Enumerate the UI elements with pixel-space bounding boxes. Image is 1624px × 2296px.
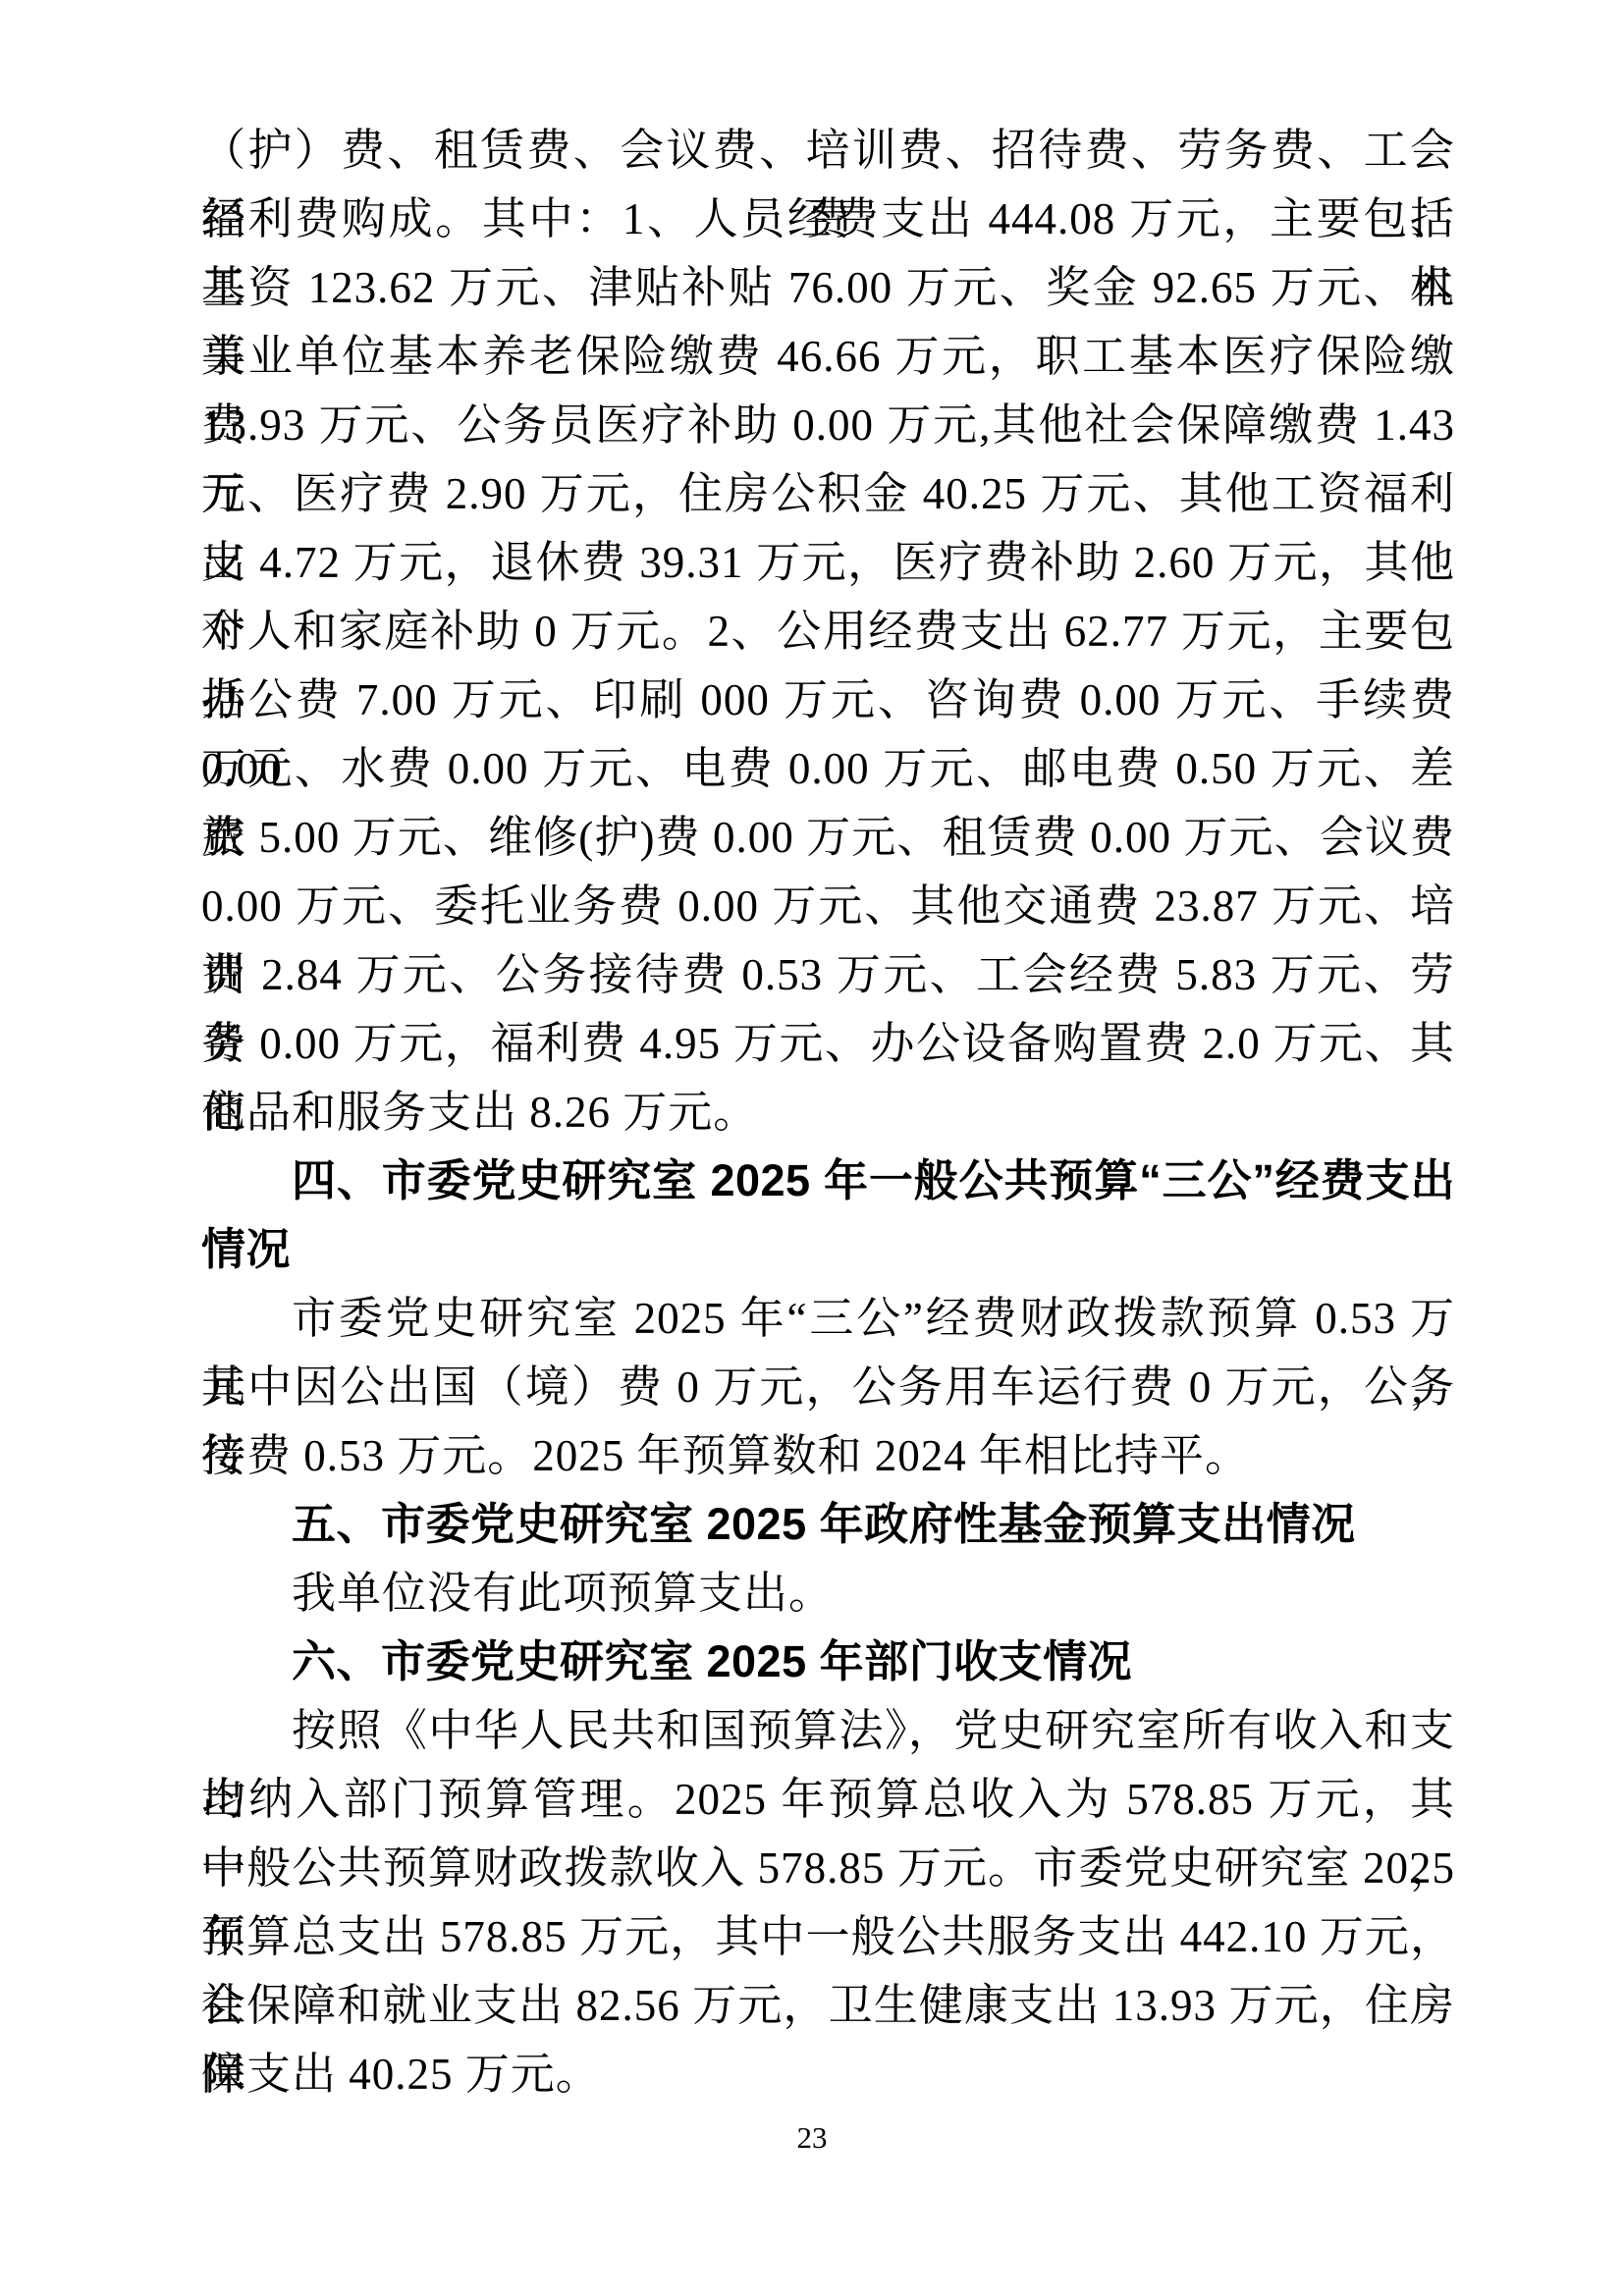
text-line: 费 5.00 万元、维修(护)费 0.00 万元、租赁费 0.00 万元、会议费 [201,803,1455,872]
section-heading-line: 四、市委党史研究室 2025 年一般公共预算“三公”经费支出 [201,1147,1455,1215]
text-line: 其中因公出国（境）费 0 万元，公务用车运行费 0 万元，公务接 [201,1353,1455,1421]
text-line: 工资 123.62 万元、津贴补贴 76.00 万元、奖金 92.65 万元、机… [201,253,1455,322]
text-line: 市委党史研究室 2025 年“三公”经费财政拨款预算 0.53 万元， [201,1284,1455,1353]
text-line: 会保障和就业支出 82.56 万元，卫生健康支出 13.93 万元，住房保 [201,1971,1455,2040]
text-line: 商品和服务支出 8.26 万元。 [201,1078,1455,1147]
text-line: 按照《中华人民共和国预算法》，党史研究室所有收入和支出 [201,1696,1455,1765]
section-heading-line: 情况 [201,1215,1455,1284]
text-line: 出 4.72 万元，退休费 39.31 万元，医疗费补助 2.60 万元，其他对 [201,528,1455,597]
text-line: 我单位没有此项预算支出。 [201,1559,1455,1628]
text-line: 均纳入部门预算管理。2025 年预算总收入为 578.85 万元，其中， [201,1765,1455,1834]
text-line: （护）费、租赁费、会议费、培训费、招待费、劳务费、工会经费、 [201,116,1455,185]
text-line: 0.00 万元、委托业务费 0.00 万元、其他交通费 23.87 万元、培训 [201,872,1455,940]
text-line: 万元、水费 0.00 万元、电费 0.00 万元、邮电费 0.50 万元、差旅 [201,734,1455,803]
text-line: 待费 0.53 万元。2025 年预算数和 2024 年相比持平。 [201,1421,1455,1490]
text-line: 预算总支出 578.85 万元，其中一般公共服务支出 442.10 万元，社 [201,1902,1455,1971]
text-line: 费 0.00 万元，福利费 4.95 万元、办公设备购置费 2.0 万元、其他 [201,1009,1455,1078]
text-line: 个人和家庭补助 0 万元。2、公用经费支出 62.77 万元，主要包括 [201,597,1455,666]
document-content: （护）费、租赁费、会议费、培训费、招待费、劳务费、工会经费、福利费购成。其中：1… [201,116,1455,2109]
text-line: 元、医疗费 2.90 万元，住房公积金 40.25 万元、其他工资福利支 [201,459,1455,528]
section-heading-line: 五、市委党史研究室 2025 年政府性基金预算支出情况 [201,1490,1455,1559]
page-number: 23 [0,2118,1624,2158]
text-line: 费 2.84 万元、公务接待费 0.53 万元、工会经费 5.83 万元、劳务 [201,940,1455,1009]
document-page: （护）费、租赁费、会议费、培训费、招待费、劳务费、工会经费、福利费购成。其中：1… [0,0,1624,2296]
text-line: 福利费购成。其中：1、人员经费支出 444.08 万元，主要包括基本 [201,185,1455,253]
text-line: 事业单位基本养老保险缴费 46.66 万元，职工基本医疗保险缴费 [201,322,1455,391]
text-line: 办公费 7.00 万元、印刷 000 万元、咨询费 0.00 万元、手续费 0.… [201,666,1455,734]
text-line: 13.93 万元、公务员医疗补助 0.00 万元,其他社会保障缴费 1.43 万 [201,391,1455,459]
section-heading-line: 六、市委党史研究室 2025 年部门收支情况 [201,1628,1455,1696]
text-line: 障支出 40.25 万元。 [201,2040,1455,2109]
text-line: 一般公共预算财政拨款收入 578.85 万元。市委党史研究室 2025 年 [201,1834,1455,1902]
